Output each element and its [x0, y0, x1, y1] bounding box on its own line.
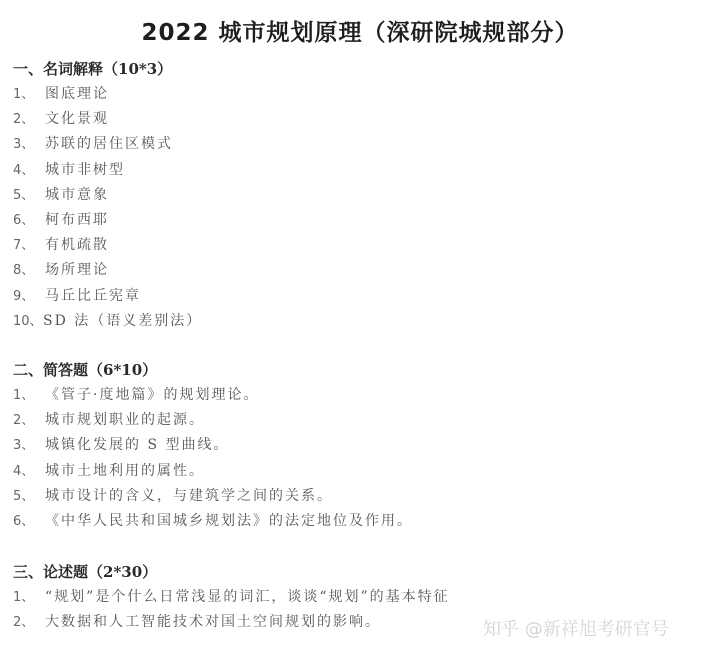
item-text: 《管子·度地篇》的规划理论。 [45, 387, 259, 403]
item-number: 9、 [13, 284, 45, 309]
list-item: 1、图底理论 [13, 82, 202, 107]
list-item: 1、“规划”是个什么日常浅显的词汇，谈谈“规划”的基本特征 [13, 585, 450, 610]
item-number: 3、 [13, 132, 45, 157]
item-text: 图底理论 [45, 86, 109, 102]
item-number: 1、 [13, 82, 45, 107]
section-terms: 一、名词解释（10*3） 1、图底理论 2、文化景观 3、苏联的居住区模式 4、… [13, 57, 202, 334]
item-text: 苏联的居住区模式 [45, 136, 173, 152]
item-number: 2、 [13, 107, 45, 132]
item-number: 6、 [13, 208, 45, 233]
item-text: 大数据和人工智能技术对国土空间规划的影响。 [45, 614, 381, 630]
item-text: 城市意象 [45, 187, 109, 203]
item-number: 4、 [13, 158, 45, 183]
list-item: 3、苏联的居住区模式 [13, 132, 202, 157]
item-number: 4、 [13, 459, 45, 484]
item-number: 2、 [13, 610, 45, 635]
item-number: 7、 [13, 233, 45, 258]
list-item: 5、城市设计的含义，与建筑学之间的关系。 [13, 484, 413, 509]
list-item: 6、《中华人民共和国城乡规划法》的法定地位及作用。 [13, 509, 413, 534]
list-item: 6、柯布西耶 [13, 208, 202, 233]
item-text: 文化景观 [45, 111, 109, 127]
list-item: 4、城市土地利用的属性。 [13, 459, 413, 484]
item-number: 10、 [13, 309, 43, 334]
list-item: 2、大数据和人工智能技术对国土空间规划的影响。 [13, 610, 450, 635]
section-heading: 二、简答题（6*10） [13, 358, 413, 383]
item-text: SD 法（语义差别法） [43, 313, 202, 329]
item-number: 3、 [13, 433, 45, 458]
section-heading: 一、名词解释（10*3） [13, 57, 202, 82]
item-number: 1、 [13, 585, 45, 610]
item-number: 5、 [13, 484, 45, 509]
list-item: 2、城市规划职业的起源。 [13, 408, 413, 433]
item-text: “规划”是个什么日常浅显的词汇，谈谈“规划”的基本特征 [45, 589, 450, 605]
list-item: 8、场所理论 [13, 258, 202, 283]
document-title: 2022 城市规划原理（深研院城规部分） [0, 14, 720, 47]
section-heading: 三、论述题（2*30） [13, 560, 450, 585]
item-number: 1、 [13, 383, 45, 408]
item-text: 城市土地利用的属性。 [45, 463, 205, 479]
item-number: 6、 [13, 509, 45, 534]
item-text: 城镇化发展的 S 型曲线。 [45, 437, 230, 453]
list-item: 3、城镇化发展的 S 型曲线。 [13, 433, 413, 458]
list-item: 2、文化景观 [13, 107, 202, 132]
item-number: 5、 [13, 183, 45, 208]
watermark: 知乎 @新祥旭考研官号 [483, 615, 669, 641]
item-text: 场所理论 [45, 262, 109, 278]
item-text: 《中华人民共和国城乡规划法》的法定地位及作用。 [45, 513, 413, 529]
item-number: 8、 [13, 258, 45, 283]
list-item: 1、《管子·度地篇》的规划理论。 [13, 383, 413, 408]
item-text: 城市设计的含义，与建筑学之间的关系。 [45, 488, 333, 504]
item-text: 柯布西耶 [45, 212, 109, 228]
item-number: 2、 [13, 408, 45, 433]
list-item: 5、城市意象 [13, 183, 202, 208]
list-item: 4、城市非树型 [13, 158, 202, 183]
list-item: 9、马丘比丘宪章 [13, 284, 202, 309]
section-essay: 三、论述题（2*30） 1、“规划”是个什么日常浅显的词汇，谈谈“规划”的基本特… [13, 560, 450, 635]
item-text: 城市规划职业的起源。 [45, 412, 205, 428]
item-text: 城市非树型 [45, 162, 125, 178]
list-item: 7、有机疏散 [13, 233, 202, 258]
item-text: 有机疏散 [45, 237, 109, 253]
item-text: 马丘比丘宪章 [45, 288, 141, 304]
list-item: 10、SD 法（语义差别法） [13, 309, 202, 334]
section-short-answer: 二、简答题（6*10） 1、《管子·度地篇》的规划理论。 2、城市规划职业的起源… [13, 358, 413, 534]
